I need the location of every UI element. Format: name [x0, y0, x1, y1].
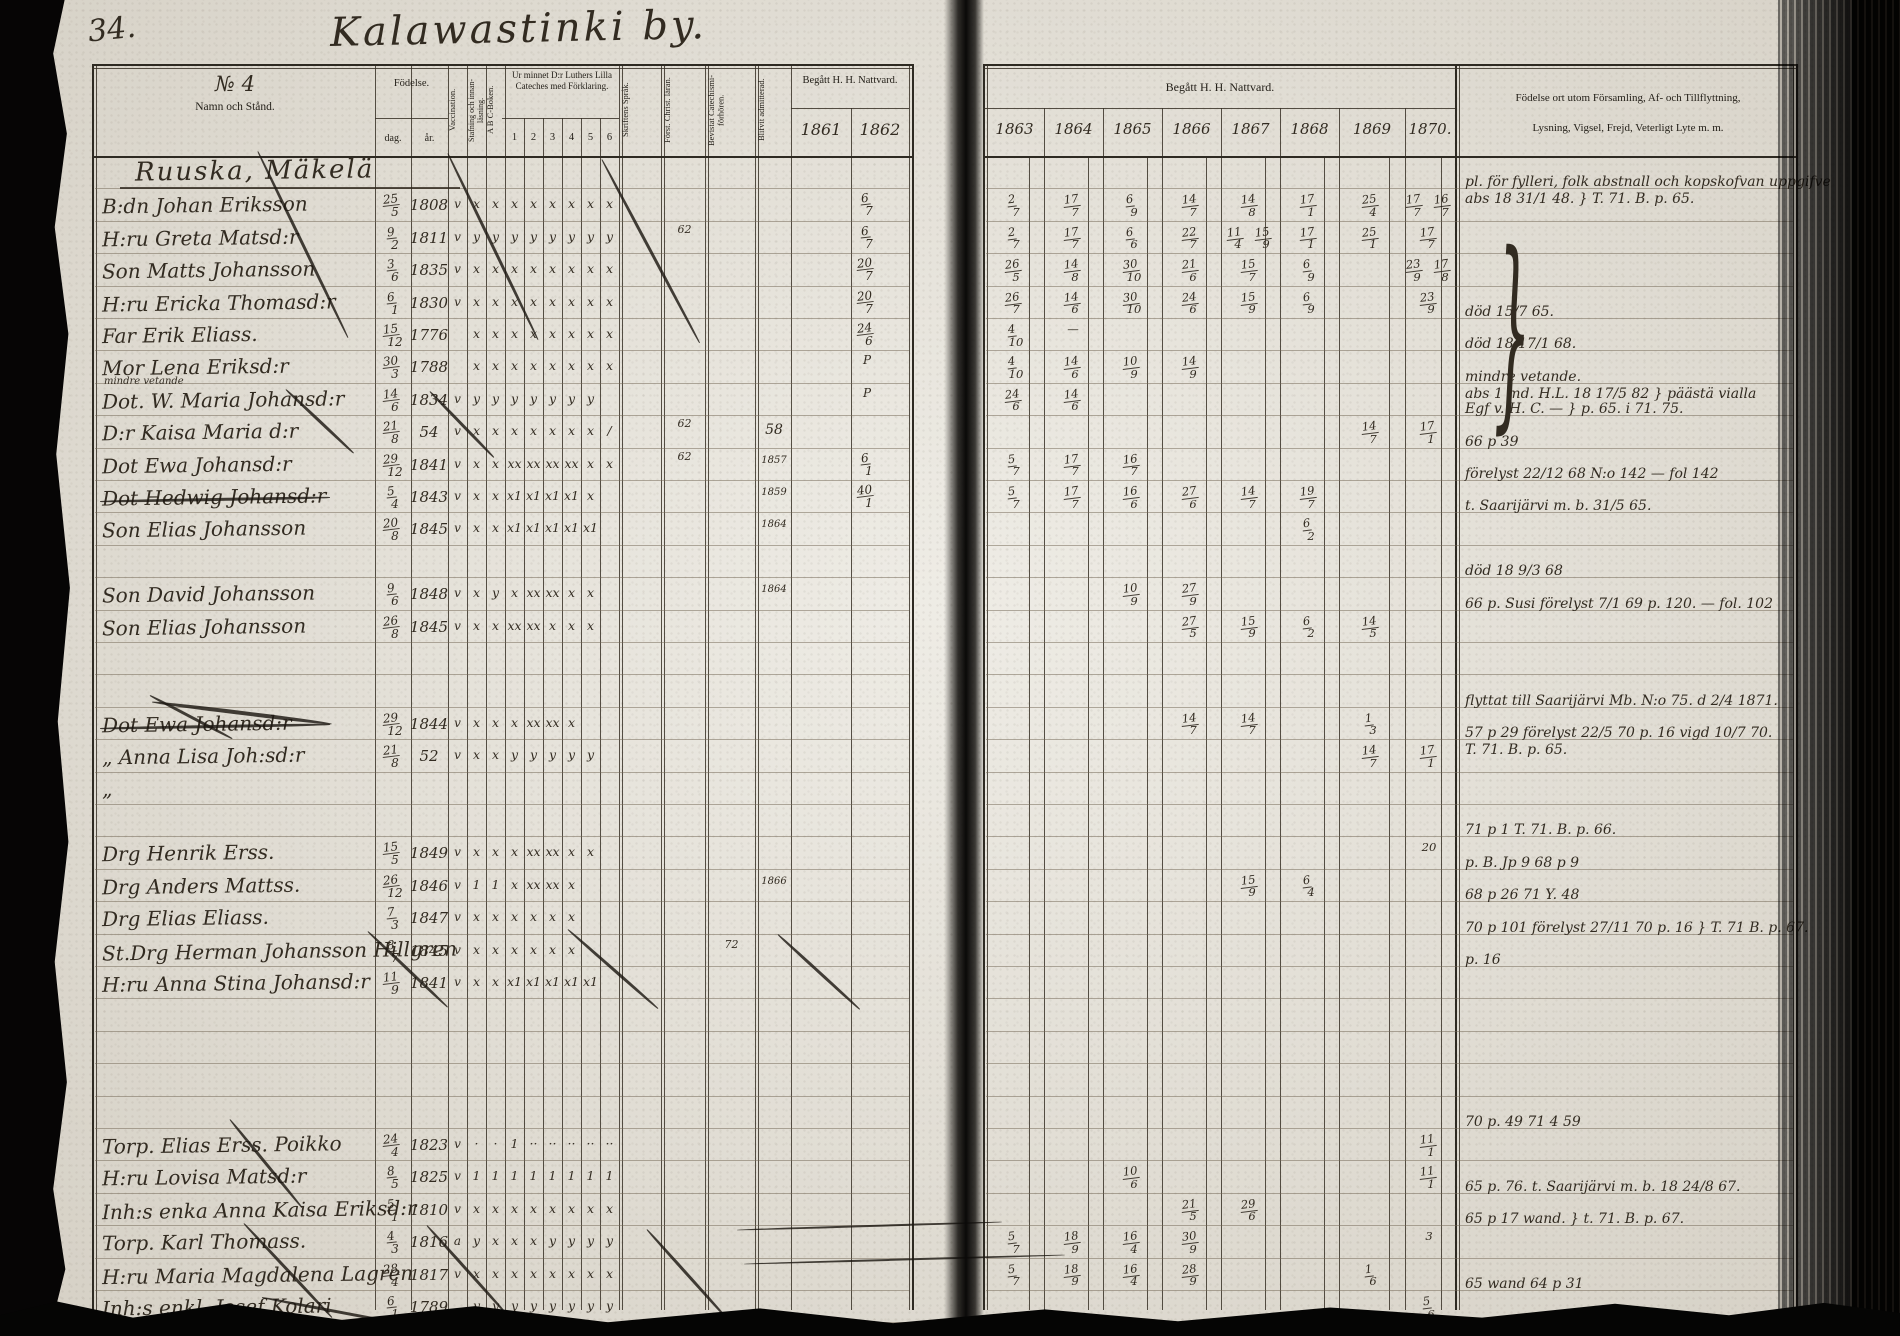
grid-line-vertical: [619, 64, 620, 1310]
communion-date-cell: 189: [1057, 1262, 1089, 1288]
reading-mark-cell: x: [581, 358, 600, 373]
notes-text: p. 16: [1465, 952, 1501, 969]
reading-mark-cell: x: [467, 585, 486, 600]
birth-day-header: dag.: [375, 133, 411, 144]
communion-date-cell: 57: [998, 1229, 1030, 1255]
grid-line-vertical: [375, 64, 376, 1310]
communion-date-cell: 246: [1175, 290, 1207, 316]
communion-1862-cell: 246: [850, 321, 884, 347]
birth-year-cell: 1830: [409, 294, 449, 312]
notes-text: 66 p. Susi förelyst 7/1 69 p. 120. — fol…: [1465, 596, 1773, 613]
vaccination-cell: v: [449, 1202, 466, 1216]
reading-mark-cell: x: [486, 520, 505, 535]
communion-date-cell: 171: [1293, 225, 1325, 251]
admitted-year-cell: 1864: [756, 584, 792, 595]
grid-line-horizontal: [986, 512, 1793, 513]
reading-mark-cell: xx: [524, 844, 543, 859]
grid-line-vertical: [505, 64, 506, 1310]
grid-line-horizontal: [95, 383, 909, 384]
reading-mark-cell: y: [524, 229, 543, 244]
communion-year-label: 1863: [985, 120, 1044, 138]
reading-mark-cell: 1: [467, 877, 486, 892]
person-name: Torp. Elias Erss. Poikko: [102, 1131, 342, 1158]
communion-date-cell: —: [1057, 322, 1089, 336]
grid-line-vertical: [92, 64, 94, 1310]
reading-mark-cell: x: [562, 294, 581, 309]
reading-mark-cell: ··: [600, 1136, 619, 1151]
grid-line-horizontal: [95, 1128, 909, 1129]
reading-mark-cell: x: [505, 877, 524, 892]
vaccination-cell: v: [449, 975, 466, 989]
reading-mark-cell: x: [467, 974, 486, 989]
communion-date-cell: 145: [1355, 614, 1387, 640]
reading-mark-cell: ··: [562, 1136, 581, 1151]
reading-mark-cell: xx: [505, 618, 524, 633]
vaccination-cell: v: [449, 878, 466, 892]
reading-mark-cell: 1: [467, 1168, 486, 1183]
reading-mark-cell: y: [486, 585, 505, 600]
birth-day-cell: 303: [377, 354, 409, 380]
grid-line-horizontal: [986, 221, 1793, 222]
book-gutter-shadow: [944, 0, 984, 1336]
grid-line-horizontal: [95, 1096, 909, 1097]
vaccination-cell: v: [449, 489, 466, 503]
communion-1862-cell: 207: [850, 289, 884, 315]
birth-year-cell: 1810: [409, 1201, 449, 1219]
notes-text: 70 p 101 förelyst 27/11 70 p. 16 } T. 71…: [1465, 920, 1808, 937]
reading-mark-cell: x: [486, 196, 505, 211]
grid-line-vertical: [912, 64, 914, 1310]
grid-line-horizontal: [986, 966, 1793, 967]
reading-mark-cell: y: [543, 1298, 562, 1313]
reading-mark-cell: x: [562, 942, 581, 957]
reading-mark-cell: x: [486, 423, 505, 438]
grid-line-horizontal: [95, 836, 909, 837]
reading-mark-cell: ·: [467, 1136, 486, 1151]
catechism-exam-column-header: Bevistat Catechismi-förhören.: [707, 66, 755, 154]
person-name: Drg Elias Eliass.: [102, 905, 269, 931]
reading-mark-cell: x: [524, 196, 543, 211]
reading-mark-cell: x: [562, 909, 581, 924]
vaccination-cell: v: [449, 230, 466, 244]
reading-mark-cell: y: [467, 229, 486, 244]
reading-mark-cell: x: [467, 456, 486, 471]
birth-day-cell: 85: [377, 1164, 409, 1190]
page-title: Kalawastinki by.: [330, 2, 708, 56]
reading-mark-cell: 1: [524, 1168, 543, 1183]
grid-line-horizontal: [986, 577, 1793, 578]
communion-year-label: 1867: [1221, 120, 1280, 138]
grid-line-horizontal: [986, 253, 1793, 254]
vaccination-cell: v: [449, 1169, 466, 1183]
communion-date-cell: 296: [1234, 1197, 1266, 1223]
vaccination-cell: v: [449, 197, 466, 211]
communion-date-cell: 159: [1234, 290, 1266, 316]
grid-line-vertical: [1103, 108, 1104, 1310]
notes-text: t. Saarijärvi m. b. 31/5 65.: [1465, 498, 1651, 515]
reading-mark-cell: y: [562, 229, 581, 244]
communion-date-cell: 3010: [1116, 257, 1148, 283]
birth-day-cell: 284: [377, 1262, 409, 1288]
reading-mark-cell: x: [543, 1201, 562, 1216]
admitted-column-header: Blifvit admitterad.: [757, 66, 791, 154]
communion-date-cell: 64: [1293, 873, 1325, 899]
reading-mark-cell: x: [467, 294, 486, 309]
reading-mark-cell: x: [543, 423, 562, 438]
grid-line-horizontal: [983, 108, 1455, 109]
birth-day-cell: 96: [377, 581, 409, 607]
catechism-subcolumn-number: 1: [505, 132, 524, 143]
catechism-subcolumn-number: 2: [524, 132, 543, 143]
reading-mark-cell: y: [562, 1298, 581, 1313]
grid-line-horizontal: [95, 901, 909, 902]
reading-mark-cell: x: [581, 1201, 600, 1216]
reading-mark-cell: y: [524, 747, 543, 762]
reading-mark-cell: x: [581, 844, 600, 859]
family-heading: Ruuska, Mäkelä: [135, 154, 375, 187]
communion-1862-cell: 401: [850, 483, 884, 509]
birth-year-cell: 1788: [409, 358, 449, 376]
reading-mark-cell: x: [600, 358, 619, 373]
notes-text: 70 p. 49 71 4 59: [1465, 1114, 1581, 1131]
communion-date-cell: 3: [1413, 1229, 1445, 1243]
communion-date-cell: 146: [1057, 387, 1089, 413]
communion-date-cell: 159: [1234, 873, 1266, 899]
grid-line-horizontal: [986, 286, 1793, 287]
grid-line-horizontal: [95, 221, 909, 222]
reading-mark-cell: x: [486, 1201, 505, 1216]
reading-mark-cell: x: [543, 942, 562, 957]
grid-line-horizontal: [986, 1128, 1793, 1129]
notes-text: pl. för fylleri, folk abstnall och kopsk…: [1465, 174, 1831, 191]
reading-mark-cell: x: [505, 358, 524, 373]
grid-line-horizontal: [95, 318, 909, 319]
reading-mark-cell: xx: [543, 585, 562, 600]
name-column-header: Namn och Stånd.: [95, 101, 375, 113]
reading-mark-cell: x: [562, 618, 581, 633]
reading-mark-cell: 1: [581, 1168, 600, 1183]
communion-date-cell: 279: [1175, 581, 1207, 607]
communion-date-cell: 177: [1057, 452, 1089, 478]
grid-line-vertical: [708, 64, 709, 1310]
grid-line-horizontal: [95, 1160, 909, 1161]
grid-line-vertical: [791, 64, 792, 1310]
reading-mark-cell: y: [524, 391, 543, 406]
person-name: H:ru Maria Magdalena Lagren: [102, 1260, 414, 1288]
person-name: B:dn Johan Eriksson: [102, 192, 308, 219]
grid-line-vertical: [909, 64, 910, 1310]
communion-date-cell: 276: [1175, 484, 1207, 510]
reading-mark-cell: y: [505, 747, 524, 762]
communion-date-cell: 147: [1175, 711, 1207, 737]
reading-mark-cell: y: [543, 1233, 562, 1248]
communion-date-cell: 227: [1175, 225, 1207, 251]
reading-mark-cell: y: [543, 747, 562, 762]
communion-date-cell: 177: [1413, 225, 1445, 251]
grid-line-horizontal: [95, 1225, 909, 1226]
communion-1862-cell: 67: [850, 191, 884, 217]
communion-date-cell: 275: [1175, 614, 1207, 640]
reading-mark-cell: x: [486, 747, 505, 762]
communion-date-cell: 197: [1293, 484, 1325, 510]
grid-line-horizontal: [95, 934, 909, 935]
birth-day-cell: 218: [377, 419, 409, 445]
grid-line-horizontal: [983, 68, 1798, 69]
reading-mark-cell: x: [600, 261, 619, 276]
communion-date-cell: 147: [1175, 192, 1207, 218]
communion-year-label: 1866: [1162, 120, 1221, 138]
reading-mark-cell: x: [562, 877, 581, 892]
reading-mark-cell: x1: [562, 488, 581, 503]
communion-1862-cell: P: [850, 353, 884, 367]
doctrine-note-cell: 62: [664, 450, 705, 463]
communion-date-cell: 148: [1057, 257, 1089, 283]
grid-line-horizontal: [986, 383, 1793, 384]
grid-line-horizontal: [986, 998, 1793, 999]
communion-date-cell: 178: [1427, 257, 1459, 283]
grid-line-horizontal: [986, 869, 1793, 870]
grid-line-vertical: [1162, 108, 1163, 1310]
exam-note-cell: 72: [708, 938, 755, 951]
reading-mark-cell: x1: [543, 488, 562, 503]
birth-day-cell: 155: [377, 840, 409, 866]
grid-line-vertical: [486, 64, 487, 1310]
doctrine-note-cell: 62: [664, 223, 705, 236]
reading-mark-cell: xx: [524, 618, 543, 633]
person-name: Son David Johansson: [102, 581, 315, 608]
scanned-parish-register: 34. Kalawastinki by. № 4 Namn och Stånd.…: [0, 0, 1900, 1336]
reading-mark-cell: x: [486, 326, 505, 341]
communion-date-cell: 159: [1234, 614, 1266, 640]
communion-date-cell: 69: [1293, 290, 1325, 316]
vaccination-cell: v: [449, 716, 466, 730]
grid-line-vertical: [1221, 108, 1222, 1310]
communion-1862-cell: 61: [850, 451, 884, 477]
vaccination-cell: v: [449, 392, 466, 406]
grid-line-horizontal: [986, 674, 1793, 675]
communion-date-cell: 69: [1293, 257, 1325, 283]
notes-text: flyttat till Saarijärvi Mb. N:o 75. d 2/…: [1465, 693, 1778, 710]
birth-day-cell: 43: [377, 1229, 409, 1255]
doctrine-note-cell: 62: [664, 417, 705, 430]
reading-mark-cell: x: [486, 456, 505, 471]
reading-mark-cell: x: [600, 196, 619, 211]
grid-line-horizontal: [95, 1063, 909, 1064]
notes-column-header-line2: Lysning, Vigsel, Frejd, Veterligt Lyte m…: [1462, 122, 1794, 134]
person-name: Son Elias Johansson: [102, 516, 306, 543]
communion-date-cell: 164: [1116, 1229, 1148, 1255]
reading-mark-cell: x: [600, 456, 619, 471]
birth-year-cell: 1843: [409, 488, 449, 506]
reading-mark-cell: x: [467, 261, 486, 276]
communion-date-cell: 159: [1248, 225, 1280, 251]
communion-date-cell: 216: [1175, 257, 1207, 283]
grid-line-vertical: [664, 64, 665, 1310]
communion-date-cell: 57: [998, 452, 1030, 478]
birth-year-cell: 1847: [409, 909, 449, 927]
reading-mark-cell: x: [543, 261, 562, 276]
vaccination-cell: v: [449, 1137, 466, 1151]
reading-mark-cell: ··: [543, 1136, 562, 1151]
reading-mark-cell: x: [467, 520, 486, 535]
vaccination-cell: a: [449, 1234, 466, 1248]
birth-year-cell: 1811: [409, 229, 449, 247]
reading-mark-cell: y: [505, 391, 524, 406]
reading-mark-cell: xx: [524, 715, 543, 730]
vaccination-cell: v: [449, 910, 466, 924]
grid-line-vertical: [411, 64, 412, 1310]
grid-line-horizontal: [95, 448, 909, 449]
communion-date-cell: 167: [1427, 192, 1459, 218]
reading-mark-cell: x: [505, 1266, 524, 1281]
reading-mark-cell: xx: [505, 456, 524, 471]
communion-date-cell: 171: [1293, 192, 1325, 218]
catechism-subcolumn-number: 4: [562, 132, 581, 143]
communion-header-left: Begått H. H. Nattvard.: [791, 74, 909, 87]
person-name: D:r Kaisa Maria d:r: [102, 419, 299, 446]
reading-mark-cell: x: [581, 326, 600, 341]
communion-date-cell: 254: [1355, 192, 1387, 218]
grid-line-horizontal: [986, 1258, 1793, 1259]
birth-day-cell: 36: [377, 257, 409, 283]
reading-mark-cell: y: [600, 229, 619, 244]
grid-line-vertical: [755, 64, 756, 1310]
grid-line-horizontal: [986, 1063, 1793, 1064]
reading-mark-cell: x: [505, 715, 524, 730]
grid-line-horizontal: [95, 772, 909, 773]
grid-line-vertical: [448, 64, 449, 1310]
grid-line-horizontal: [95, 545, 909, 546]
communion-date-cell: 410: [998, 354, 1030, 380]
scan-right-edge: [1778, 0, 1900, 1336]
grid-line-horizontal: [986, 1031, 1793, 1032]
grid-line-vertical: [1459, 64, 1460, 1310]
communion-1862-cell: 67: [850, 224, 884, 250]
reading-mark-cell: x: [524, 423, 543, 438]
catechism-subcolumn-number: 6: [600, 132, 619, 143]
grid-line-horizontal: [986, 448, 1793, 449]
communion-date-cell: 146: [1057, 354, 1089, 380]
birth-year-cell: 1835: [409, 261, 449, 279]
admitted-year-cell: 1859: [756, 487, 792, 498]
communion-date-cell: 147: [1234, 711, 1266, 737]
reading-mark-cell: y: [562, 747, 581, 762]
communion-date-cell: 109: [1116, 354, 1148, 380]
reading-mark-cell: y: [581, 1298, 600, 1313]
communion-date-cell: 62: [1293, 614, 1325, 640]
vaccination-cell: v: [449, 586, 466, 600]
communion-date-cell: 27: [998, 192, 1030, 218]
admitted-year-cell: 1864: [756, 519, 792, 530]
person-name: „: [102, 777, 113, 801]
reading-mark-cell: y: [562, 1233, 581, 1248]
reading-mark-cell: 1: [505, 1168, 524, 1183]
reading-mark-cell: x1: [505, 488, 524, 503]
reading-mark-cell: 1: [543, 1168, 562, 1183]
communion-date-cell: 289: [1175, 1262, 1207, 1288]
reading-mark-cell: x: [600, 1201, 619, 1216]
grid-line-vertical: [96, 64, 97, 1310]
notes-text: T. 71. B. p. 65.: [1465, 742, 1567, 759]
reading-mark-cell: y: [505, 229, 524, 244]
christian-doctrine-column-header: Först. Christ. läran.: [663, 66, 705, 154]
catechism-subcolumn-number: 3: [543, 132, 562, 143]
grid-line-vertical: [467, 64, 468, 1310]
vaccination-cell: v: [449, 748, 466, 762]
reading-mark-cell: xx: [543, 456, 562, 471]
birth-day-cell: 119: [377, 970, 409, 996]
reading-mark-cell: /: [600, 423, 619, 438]
grid-line-vertical: [1455, 64, 1457, 1310]
reading-mark-cell: x: [524, 1201, 543, 1216]
communion-date-cell: 251: [1355, 225, 1387, 251]
reading-mark-cell: x: [524, 358, 543, 373]
communion-date-cell: 62: [1293, 516, 1325, 542]
reading-mark-cell: x: [486, 358, 505, 373]
birth-day-cell: 2912: [377, 711, 409, 737]
grid-line-vertical: [1324, 156, 1325, 1310]
birth-year-cell: 1817: [409, 1266, 449, 1284]
reading-mark-cell: x: [562, 1266, 581, 1281]
grid-line-vertical: [1405, 108, 1406, 1310]
birth-day-cell: 218: [377, 743, 409, 769]
reading-mark-cell: x: [543, 618, 562, 633]
birth-day-cell: 54: [377, 484, 409, 510]
grid-line-horizontal: [95, 1258, 909, 1259]
reading-mark-cell: y: [524, 1298, 543, 1313]
notes-text: 57 p 29 förelyst 22/5 70 p. 16 vigd 10/7…: [1465, 725, 1772, 742]
reading-mark-cell: x: [486, 715, 505, 730]
reading-mark-cell: x: [581, 488, 600, 503]
reading-mark-cell: x: [486, 618, 505, 633]
grid-line-horizontal: [95, 577, 909, 578]
reading-mark-cell: x: [581, 196, 600, 211]
grid-line-horizontal: [95, 415, 909, 416]
notes-text: p. B. Jp 9 68 p 9: [1465, 855, 1579, 872]
reading-mark-cell: x: [486, 974, 505, 989]
birth-year-cell: 1823: [409, 1136, 449, 1154]
birth-year-cell: 1846: [409, 877, 449, 895]
ink-brace: }: [1494, 208, 1531, 453]
grid-line-horizontal: [95, 188, 909, 189]
birth-year-cell: 1848: [409, 585, 449, 603]
reading-mark-cell: x: [486, 294, 505, 309]
reading-mark-cell: x: [562, 715, 581, 730]
reading-mark-cell: x: [562, 196, 581, 211]
communion-date-cell: 166: [1116, 484, 1148, 510]
admitted-year-cell: 1866: [756, 876, 792, 887]
reading-mark-cell: x: [581, 618, 600, 633]
grid-line-horizontal: [95, 869, 909, 870]
reading-mark-cell: y: [600, 1233, 619, 1248]
reading-mark-cell: x: [600, 326, 619, 341]
reading-mark-cell: x1: [524, 520, 543, 535]
reading-mark-cell: xx: [524, 456, 543, 471]
birth-day-cell: 1512: [377, 322, 409, 348]
birth-day-cell: 2912: [377, 452, 409, 478]
grid-line-horizontal: [95, 253, 909, 254]
communion-date-cell: 147: [1355, 743, 1387, 769]
grid-line-horizontal: [95, 966, 909, 967]
communion-year-label: 1868: [1280, 120, 1339, 138]
notes-text: abs 18 31/1 48. } T. 71. B. p. 65.: [1465, 191, 1694, 208]
person-name: Drg Henrik Erss.: [102, 840, 275, 866]
grid-line-horizontal: [95, 286, 909, 287]
birth-year-cell: 1776: [409, 326, 449, 344]
person-name: H:ru Ericka Thomasd:r: [102, 289, 336, 316]
birth-year-header: år.: [411, 133, 448, 144]
communion-date-cell: 265: [998, 257, 1030, 283]
